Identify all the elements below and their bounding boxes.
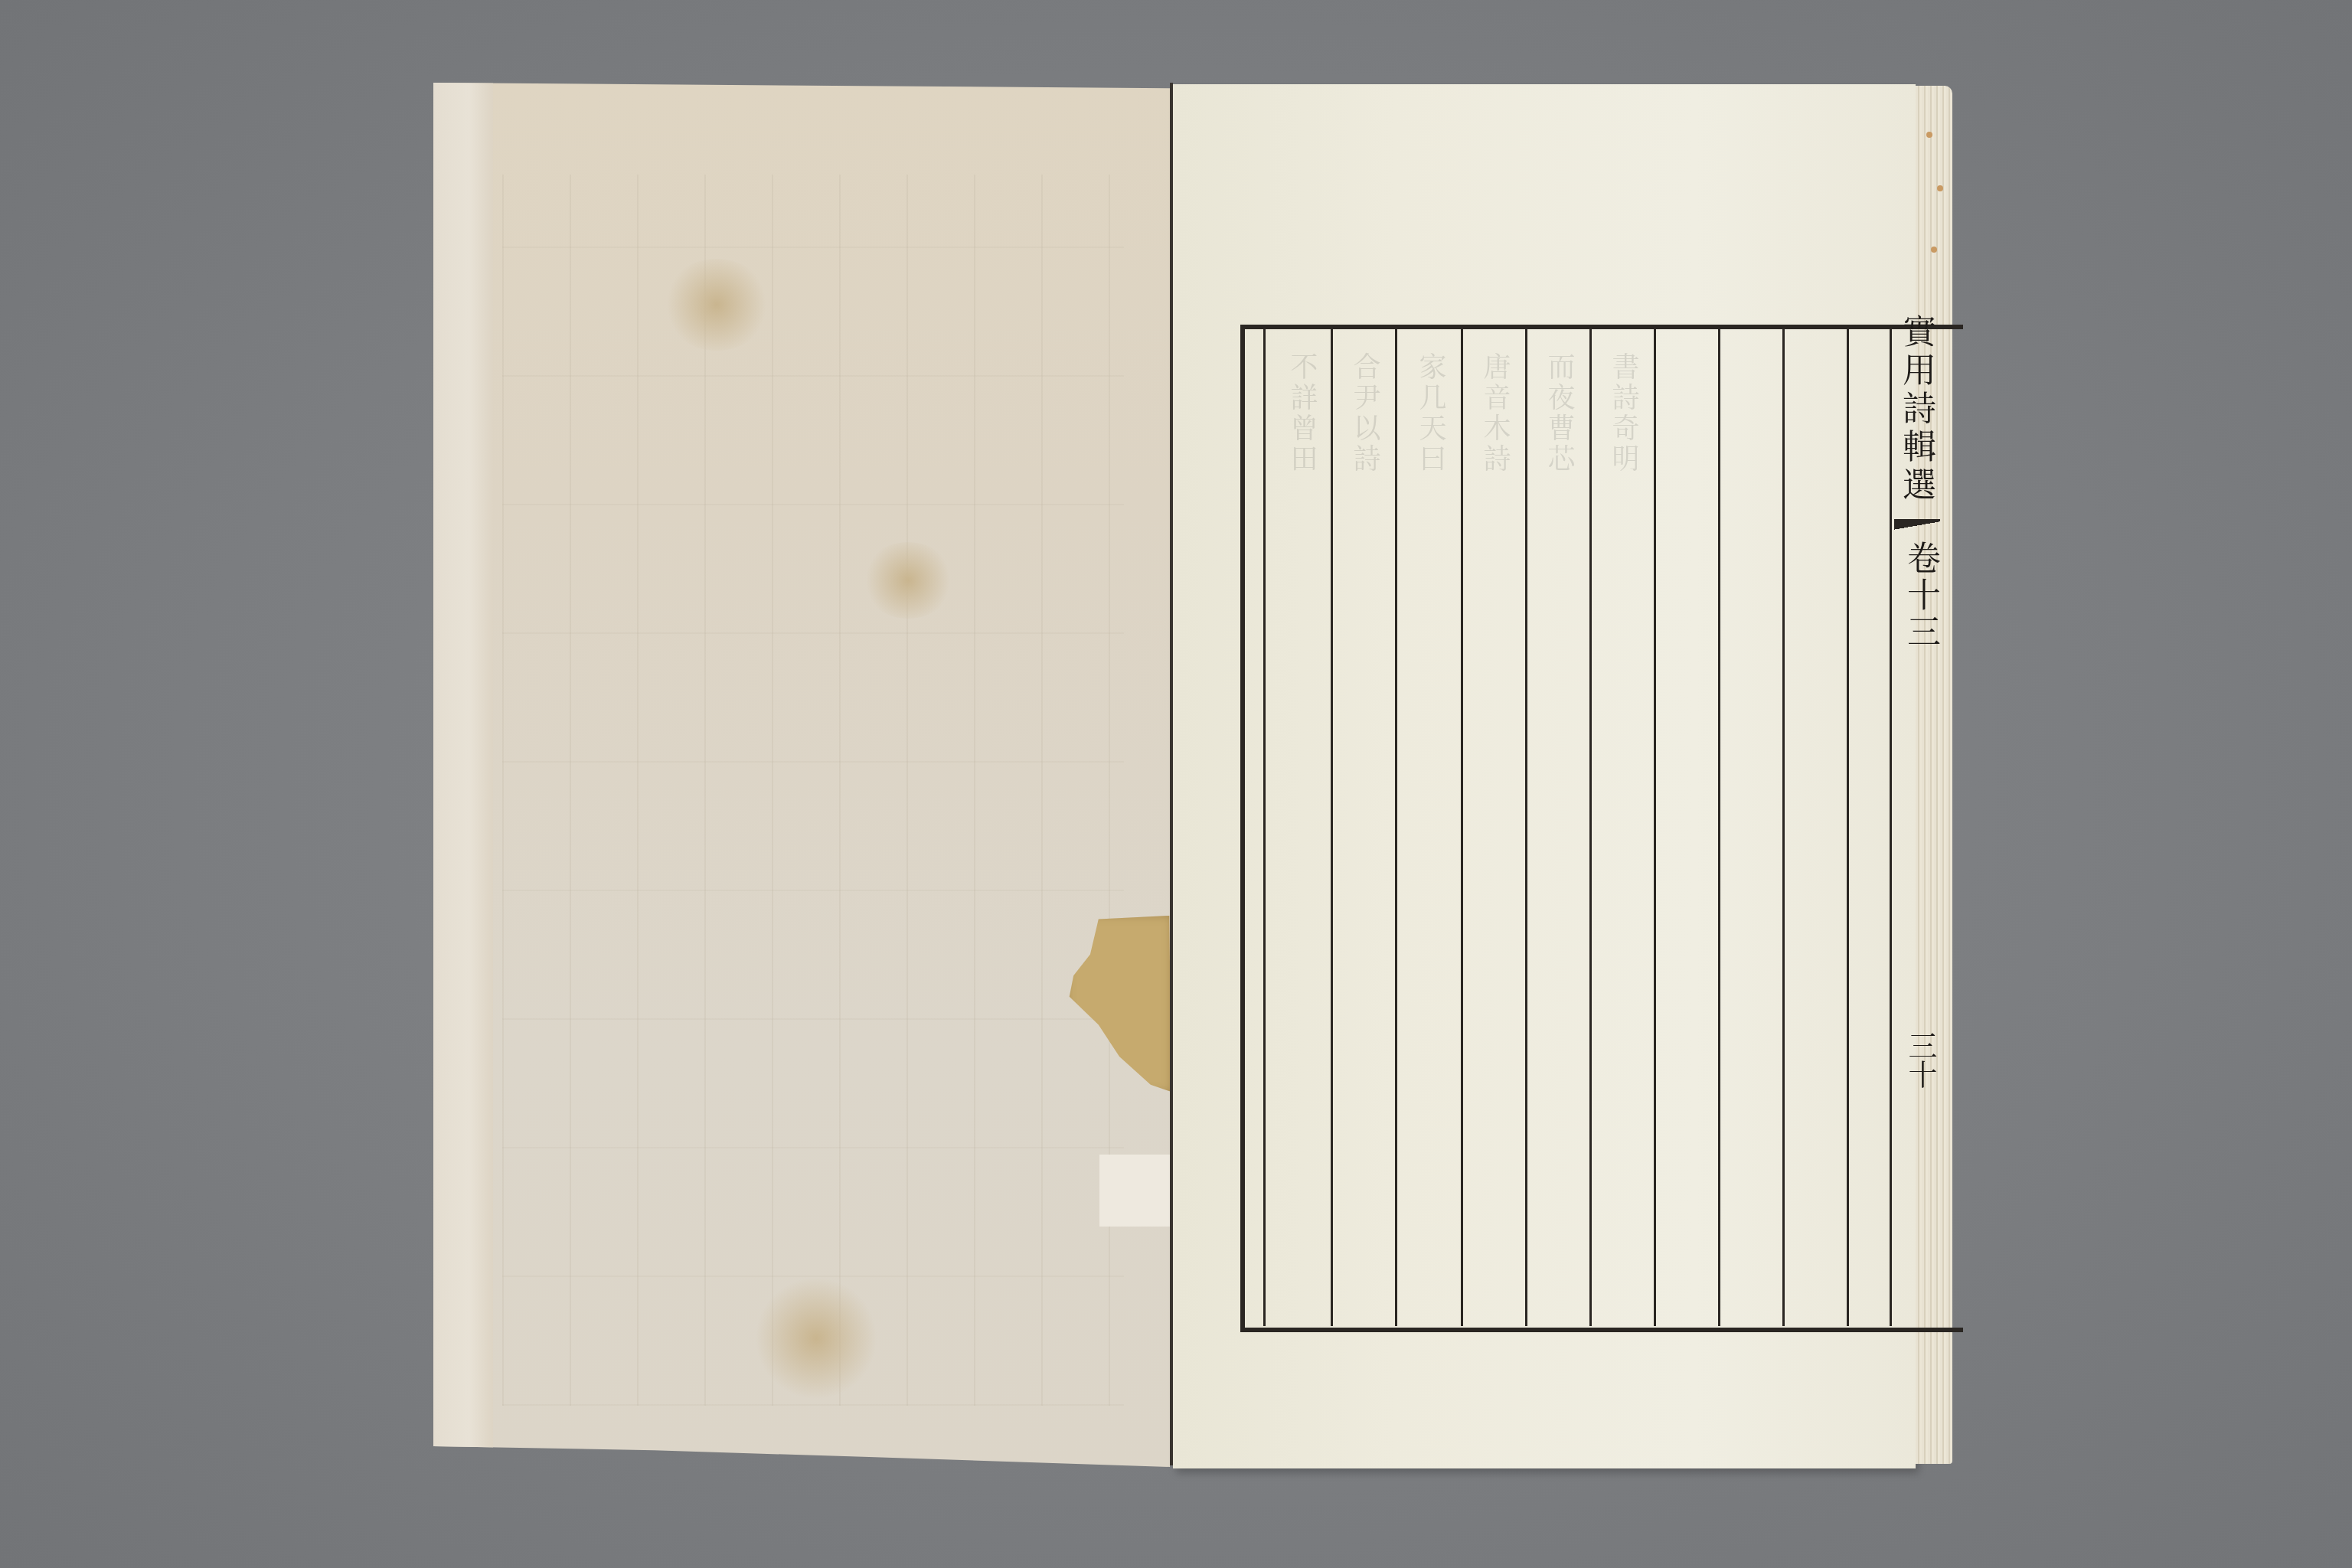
show-through-text: 而夜曹芯: [1543, 352, 1574, 475]
fishtail-ornament: [1894, 519, 1940, 534]
banxin-volume-label: 卷十三: [1906, 541, 1945, 651]
column-rule: [1654, 329, 1656, 1326]
show-through-text: 唐音木詩: [1479, 352, 1510, 475]
column-rule: [1589, 329, 1592, 1326]
column-rule: [1461, 329, 1463, 1326]
left-page-margin-strip: [433, 83, 493, 1467]
foxing-spot: [1931, 247, 1937, 253]
banxin-page-number: 三十: [1911, 1031, 1942, 1089]
show-through-text: 合尹以詩: [1349, 352, 1380, 475]
show-through-text: 不詳曾田: [1286, 352, 1317, 475]
column-rule: [1847, 329, 1849, 1326]
printed-inner-border: [1263, 329, 1962, 1326]
foxing-spot: [1926, 132, 1932, 138]
show-through-text: 家几天曰: [1415, 352, 1445, 475]
column-rule: [1718, 329, 1720, 1326]
foxing-spot: [1937, 185, 1943, 191]
column-rule: [1782, 329, 1785, 1326]
left-page-show-through-grid: [502, 175, 1124, 1406]
repair-paper-patch: [1099, 1155, 1170, 1227]
banxin-book-title: 實用詩輯選: [1902, 314, 1940, 505]
left-endpaper: [433, 83, 1170, 1467]
foxing-stain: [862, 542, 954, 619]
foxing-stain: [755, 1277, 877, 1400]
foxing-stain: [663, 259, 770, 351]
column-rule: [1331, 329, 1333, 1326]
column-rule: [1525, 329, 1527, 1326]
column-rule: [1395, 329, 1397, 1326]
show-through-text: 書詩奇明: [1608, 352, 1638, 475]
